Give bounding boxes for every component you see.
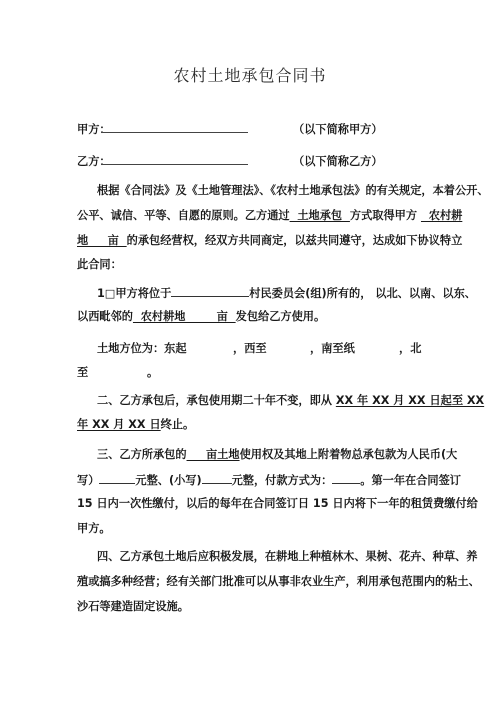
clause-3-line-2: 写）元整、(小写)元整，付款方式为：。第一年在合同签订 — [77, 472, 461, 488]
north-label: ，北 — [399, 342, 421, 356]
clause-2-line-2: 年 XX 月 XX 日终止。 — [77, 418, 194, 432]
clause-3-line-4: 甲方。 — [77, 522, 111, 536]
land-type: 农村耕 — [421, 209, 462, 222]
term-dates: XX 年 XX 月 XX 日起至 XX — [336, 394, 484, 407]
clause-text: 写） — [77, 474, 99, 487]
clause-text: 终止。 — [161, 418, 195, 431]
party-b-note: （以下简称乙方） — [293, 153, 383, 169]
document-title: 农村土地承包合同书 — [0, 63, 500, 86]
boundaries-line-2: 至 。 — [77, 366, 417, 380]
term-end-date: 年 XX 月 XX 日 — [77, 418, 161, 431]
acquisition-method: 土地承包 — [290, 209, 350, 222]
clause-text: 三、乙方所承包的 — [97, 448, 187, 461]
clause-text: 二、乙方承包后，承包使用期二十年不变，即从 — [97, 394, 336, 407]
clause-4-line-2: 殖或搞多种经营；经有关部门批准可以从事非农业生产，利用承包范围内的粘土、 — [77, 575, 480, 589]
land-area-blank: 亩土地 — [187, 448, 240, 461]
east-label: 土地方位为：东起 — [97, 342, 187, 355]
preamble-line-3: 地 亩 的承包经营权，经双方共同商定，以兹共同遵守，达成如下协议特立 — [77, 234, 462, 248]
amount-lower-blank[interactable] — [202, 472, 232, 484]
clause-text: 1□甲方将位于 — [97, 287, 171, 300]
west-label: ，西至 — [233, 342, 267, 356]
south-label: ，南至纸 — [310, 342, 355, 356]
clause-4-line-3: 沙石等建造固定设施。 — [77, 600, 189, 614]
preamble-text: 公平、诚信、平等、自愿的原则。乙方通过 — [77, 209, 290, 222]
preamble-line-2: 公平、诚信、平等、自愿的原则。乙方通过 土地承包 方式取得甲方 农村耕 — [77, 209, 462, 223]
land-description: 农村耕地 亩 — [133, 310, 236, 323]
party-b-label: 乙方： — [77, 153, 111, 169]
preamble-text: 方式取得甲方 — [350, 209, 417, 222]
north-label-cont: 至 — [77, 366, 88, 379]
payment-method-blank[interactable] — [332, 472, 360, 484]
preamble-line-1: 根据《合同法》及《土地管理法》、《农村土地承包法》的有关规定，本着公开、 — [97, 184, 489, 198]
village-blank[interactable] — [171, 285, 249, 297]
party-a-note: （以下简称甲方） — [293, 121, 383, 137]
clause-text: 以西毗邻的 — [77, 310, 133, 323]
clause-text: 。第一年在合同签订 — [360, 474, 461, 487]
amount-upper-blank[interactable] — [99, 472, 135, 484]
party-a-label: 甲方： — [77, 121, 111, 137]
preamble-line-4: 此合同： — [77, 258, 122, 272]
clause-4-line-1: 四、乙方承包土地后应积极发展，在耕地上种植林木、果树、花卉、种草、养 — [97, 550, 477, 564]
party-b-blank[interactable] — [101, 164, 248, 165]
clause-text: 使用权及其地上附着物总承包款为人民币(大 — [240, 448, 458, 461]
land-area: 地 亩 — [77, 234, 127, 247]
clause-1-line-1: 1□甲方将位于村民委员会(组)所有的， 以北、以南、以东、 — [97, 285, 476, 301]
clause-text: 村民委员会(组)所有的， 以北、以南、以东、 — [249, 287, 476, 300]
party-a-blank[interactable] — [101, 132, 248, 133]
document-page: 农村土地承包合同书 甲方： （以下简称甲方） 乙方： （以下简称乙方） 根据《合… — [0, 0, 500, 707]
clause-1-line-2: 以西毗邻的 农村耕地 亩 发包给乙方使用。 — [77, 310, 325, 324]
clause-2-line-1: 二、乙方承包后，承包使用期二十年不变，即从 XX 年 XX 月 XX 日起至 X… — [97, 394, 484, 408]
clause-3-line-3: 15 日内一次性缴付，以后的每年在合同签订日 15 日内将下一年的租赁费缴付给 — [77, 497, 478, 511]
preamble-text: 的承包经营权，经双方共同商定，以兹共同遵守，达成如下协议特立 — [127, 234, 463, 247]
clause-text: 元整、(小写) — [135, 474, 201, 487]
clause-text: 元整，付款方式为： — [232, 474, 333, 487]
boundaries-line-1: 土地方位为：东起 ，西至 ，南至纸 ，北 — [97, 342, 437, 356]
clause-3-line-1: 三、乙方所承包的 亩土地使用权及其地上附着物总承包款为人民币(大 — [97, 448, 457, 462]
period: 。 — [147, 366, 158, 380]
clause-text: 发包给乙方使用。 — [236, 310, 326, 323]
